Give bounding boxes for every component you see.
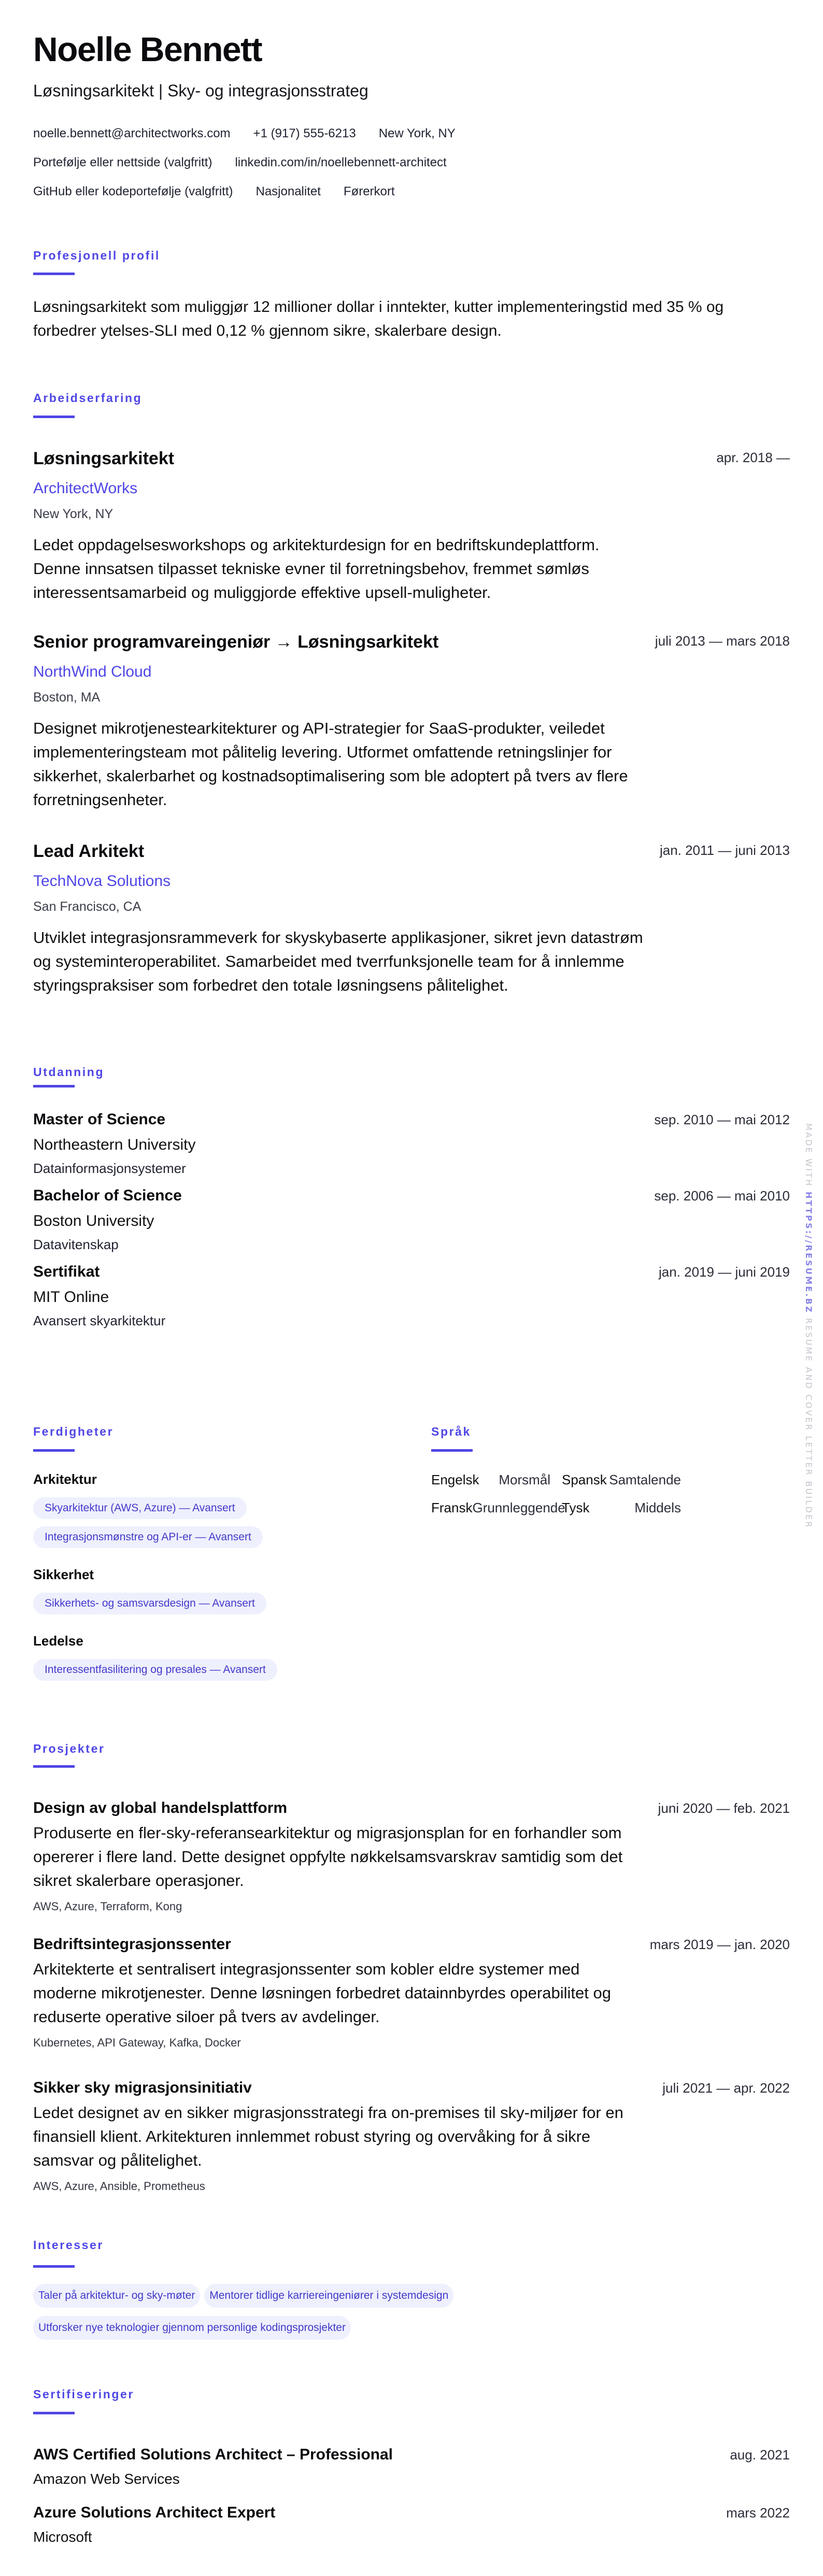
contact-nationality: Nasjonalitet — [256, 184, 320, 199]
contact-location: New York, NY — [379, 126, 456, 141]
job-description: Designet mikrotjenestearkitekturer og AP… — [33, 717, 645, 812]
edu-field: Avansert skyarkitektur — [33, 1313, 790, 1329]
project-date: mars 2019 — jan. 2020 — [650, 1937, 790, 1953]
skill-group: Sikkerhet Sikkerhets- og samsvarsdesign … — [33, 1568, 427, 1614]
section-title-experience: Arbeidserfaring — [33, 392, 142, 404]
language-item: Spansk Samtalende — [562, 1470, 681, 1489]
project-tech: Kubernetes, API Gateway, Kafka, Docker — [33, 2036, 790, 2050]
skill-chip: Sikkerhets- og samsvarsdesign — Avansert — [33, 1593, 266, 1614]
contact-row-links: Portefølje eller nettside (valgfritt) li… — [33, 155, 447, 170]
section-underline — [431, 1449, 473, 1452]
language-name: Tysk — [562, 1498, 589, 1517]
skills-section: Ferdigheter Arkitektur Skyarkitektur (AW… — [33, 1426, 427, 1700]
experience-item: Løsningsarkitekt apr. 2018 — ArchitectWo… — [33, 450, 790, 605]
profile-summary: Løsningsarkitekt som muliggjør 12 millio… — [33, 295, 790, 343]
skill-chips: Sikkerhets- og samsvarsdesign — Avansert — [33, 1593, 427, 1614]
project-description: Produserte en fler-sky-referansearkitekt… — [33, 1821, 629, 1893]
edu-date: jan. 2019 — juni 2019 — [659, 1264, 790, 1280]
edu-date: sep. 2010 — mai 2012 — [654, 1112, 790, 1128]
skill-chip: Interessentfasilitering og presales — Av… — [33, 1659, 277, 1681]
project-item: Bedriftsintegrasjonssenter mars 2019 — j… — [33, 1937, 790, 2050]
section-title-projects: Prosjekter — [33, 1743, 105, 1755]
language-name: Engelsk — [431, 1470, 479, 1489]
edu-school: Northeastern University — [33, 1136, 790, 1154]
job-company: ArchitectWorks — [33, 481, 790, 496]
job-description: Utviklet integrasjonsrammeverk for skysk… — [33, 926, 645, 997]
interest-chip: Taler på arkitektur- og sky-møter — [33, 2284, 200, 2308]
section-underline — [33, 2265, 75, 2268]
skill-chips: Skyarkitektur (AWS, Azure) — Avansert In… — [33, 1497, 427, 1548]
certification-date: mars 2022 — [726, 2505, 790, 2521]
language-list: Engelsk Morsmål Spansk Samtalende Fransk… — [431, 1470, 794, 1517]
watermark-prefix: Made with — [804, 1123, 814, 1187]
certification-item: Azure Solutions Architect Expert mars 20… — [33, 2505, 790, 2544]
section-title-skills: Ferdigheter — [33, 1426, 427, 1438]
project-tech: AWS, Azure, Terraform, Kong — [33, 1900, 790, 1913]
education-item: Sertifikat jan. 2019 — juni 2019 MIT Onl… — [33, 1264, 790, 1329]
section-underline — [33, 1449, 75, 1452]
job-date: apr. 2018 — — [716, 450, 790, 466]
section-underline — [33, 2412, 75, 2414]
job-location: San Francisco, CA — [33, 900, 790, 913]
job-company: TechNova Solutions — [33, 874, 790, 889]
watermark-link[interactable]: https://resume.bz — [804, 1192, 814, 1314]
builder-watermark: Made with https://resume.bz Resume and c… — [804, 1123, 814, 1529]
certification-item: AWS Certified Solutions Architect – Prof… — [33, 2447, 790, 2486]
language-name: Spansk — [562, 1470, 607, 1489]
contact-linkedin[interactable]: linkedin.com/in/noellebennett-architect — [235, 155, 446, 170]
interest-chip: Mentorer tidlige karriereingeniører i sy… — [204, 2284, 453, 2308]
section-title-languages: Språk — [431, 1426, 794, 1438]
language-level: Samtalende — [609, 1470, 681, 1489]
languages-section: Språk Engelsk Morsmål Spansk Samtalende … — [431, 1426, 794, 1517]
contact-phone[interactable]: +1 (917) 555-6213 — [253, 126, 356, 141]
contact-email[interactable]: noelle.bennett@architectworks.com — [33, 126, 231, 141]
contact-github[interactable]: GitHub eller kodeportefølje (valgfritt) — [33, 184, 233, 199]
edu-date: sep. 2006 — mai 2010 — [654, 1188, 790, 1204]
section-title-certifications: Sertifiseringer — [33, 2388, 134, 2400]
certification-name: Azure Solutions Architect Expert — [33, 2505, 790, 2521]
skill-group: Ledelse Interessentfasilitering og presa… — [33, 1634, 427, 1681]
project-date: juli 2021 — apr. 2022 — [662, 2080, 790, 2096]
certification-name: AWS Certified Solutions Architect – Prof… — [33, 2447, 790, 2463]
certification-issuer: Amazon Web Services — [33, 2472, 790, 2486]
project-item: Design av global handelsplattform juni 2… — [33, 1800, 790, 1913]
candidate-headline: Løsningsarkitekt | Sky- og integrasjonss… — [33, 82, 368, 100]
skill-category: Ledelse — [33, 1634, 427, 1648]
project-tech: AWS, Azure, Ansible, Prometheus — [33, 2180, 790, 2193]
contact-row-primary: noelle.bennett@architectworks.com +1 (91… — [33, 126, 456, 141]
section-underline — [33, 1085, 75, 1087]
job-company: NorthWind Cloud — [33, 664, 790, 680]
skill-chips: Interessentfasilitering og presales — Av… — [33, 1659, 427, 1681]
skill-group: Arkitektur Skyarkitektur (AWS, Azure) — … — [33, 1472, 427, 1548]
language-item: Fransk Grunnleggende — [431, 1498, 550, 1517]
education-item: Bachelor of Science sep. 2006 — mai 2010… — [33, 1188, 790, 1253]
language-name: Fransk — [431, 1498, 472, 1517]
language-level: Middels — [634, 1498, 681, 1517]
job-date: juli 2013 — mars 2018 — [655, 633, 790, 649]
contact-drivers-license: Førerkort — [344, 184, 395, 199]
edu-school: Boston University — [33, 1212, 790, 1230]
job-location: New York, NY — [33, 508, 790, 521]
language-level: Grunnleggende — [472, 1498, 565, 1517]
section-underline — [33, 416, 75, 418]
project-date: juni 2020 — feb. 2021 — [658, 1800, 790, 1816]
section-title-interests: Interesser — [33, 2239, 104, 2251]
edu-field: Datainformasjonsystemer — [33, 1161, 790, 1177]
interests-list: Taler på arkitektur- og sky-møter Mentor… — [33, 2284, 759, 2340]
edu-field: Datavitenskap — [33, 1237, 790, 1253]
certification-date: aug. 2021 — [730, 2447, 790, 2463]
interest-chip: Utforsker nye teknologier gjennom person… — [33, 2316, 351, 2340]
candidate-name: Noelle Bennett — [33, 32, 262, 66]
language-item: Engelsk Morsmål — [431, 1470, 550, 1489]
section-underline — [33, 1765, 75, 1768]
job-location: Boston, MA — [33, 691, 790, 704]
skill-category: Sikkerhet — [33, 1568, 427, 1581]
language-level: Morsmål — [499, 1470, 550, 1489]
skill-groups: Arkitektur Skyarkitektur (AWS, Azure) — … — [33, 1472, 427, 1681]
education-item: Master of Science sep. 2010 — mai 2012 N… — [33, 1112, 790, 1177]
experience-item: Senior programvareingeniør → Løsningsark… — [33, 633, 790, 812]
section-title-education: Utdanning — [33, 1066, 104, 1078]
section-underline — [33, 273, 75, 275]
skill-category: Arkitektur — [33, 1472, 427, 1486]
job-date: jan. 2011 — juni 2013 — [660, 842, 790, 858]
experience-item: Lead Arkitekt jan. 2011 — juni 2013 Tech… — [33, 842, 790, 997]
contact-row-extra: GitHub eller kodeportefølje (valgfritt) … — [33, 184, 395, 199]
project-description: Arkitekterte et sentralisert integrasjon… — [33, 1957, 629, 2029]
section-title-profile: Profesjonell profil — [33, 250, 160, 262]
skill-chip: Skyarkitektur (AWS, Azure) — Avansert — [33, 1497, 247, 1519]
certification-issuer: Microsoft — [33, 2530, 790, 2544]
skill-chip: Integrasjonsmønstre og API-er — Avansert — [33, 1526, 263, 1548]
edu-school: MIT Online — [33, 1288, 790, 1307]
job-title: Løsningsarkitekt — [33, 450, 790, 467]
contact-portfolio[interactable]: Portefølje eller nettside (valgfritt) — [33, 155, 212, 170]
job-description: Ledet oppdagelsesworkshops og arkitektur… — [33, 533, 645, 605]
project-description: Ledet designet av en sikker migrasjonsst… — [33, 2101, 629, 2172]
watermark-suffix: Resume and cover letter builder — [804, 1318, 814, 1529]
project-item: Sikker sky migrasjonsinitiativ juli 2021… — [33, 2080, 790, 2193]
language-item: Tysk Middels — [562, 1498, 681, 1517]
